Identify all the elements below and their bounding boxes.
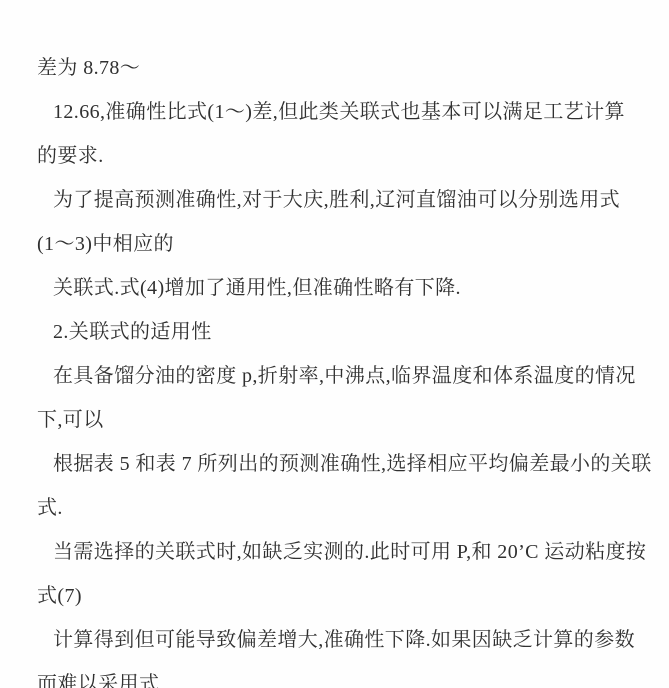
document-page: 差为 8.78～12.66,准确性比式(1～)差,但此类关联式也基本可以满足工艺… (0, 0, 669, 688)
text-line: 在具备馏分油的密度 p,折射率,中沸点,临界温度和体系温度的情况 (53, 365, 636, 387)
text-line: 关联式.式(4)增加了通用性,但准确性略有下降. (53, 277, 461, 299)
text-line: 差为 8.78～ (37, 57, 140, 79)
text-line: 而难以采用式 (37, 673, 159, 688)
text-line: 2.关联式的适用性 (53, 321, 212, 343)
text-line: 根据表 5 和表 7 所列出的预测准确性,选择相应平均偏差最小的关联 (53, 453, 652, 475)
text-line: 下,可以 (37, 409, 104, 431)
text-line: 当需选择的关联式时,如缺乏实测的.此时可用 P,和 20’C 运动粘度按 (53, 541, 646, 563)
text-line: 式. (37, 497, 63, 519)
text-line: 为了提高预测准确性,对于大庆,胜利,辽河直馏油可以分别选用式 (53, 189, 620, 211)
text-line: 式(7) (37, 585, 82, 607)
text-line: 12.66,准确性比式(1～)差,但此类关联式也基本可以满足工艺计算 (53, 101, 625, 123)
text-line: (1～3)中相应的 (37, 233, 174, 255)
text-line: 的要求. (37, 145, 104, 167)
text-line: 计算得到但可能导致偏差增大,准确性下降.如果因缺乏计算的参数 (53, 629, 635, 651)
